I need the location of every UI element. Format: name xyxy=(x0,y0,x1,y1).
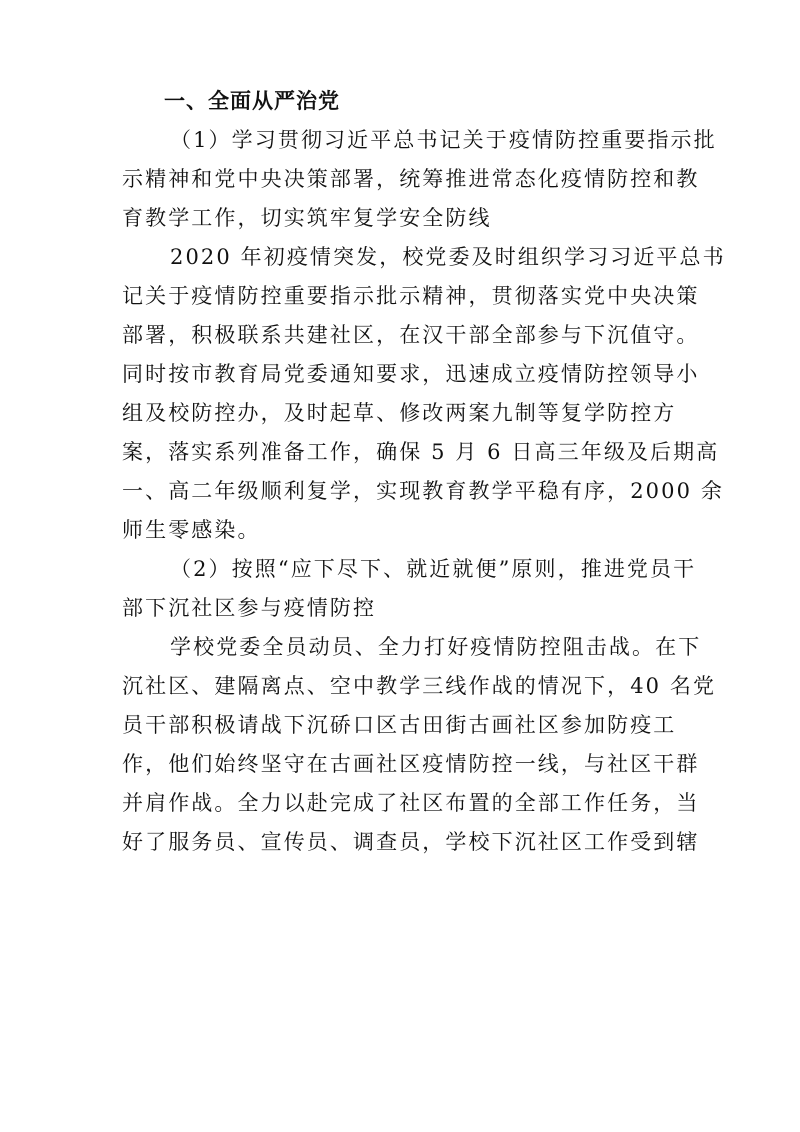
subsection-1: （1）学习贯彻习近平总书记关于疫情防控重要指示批 示精神和党中央决策部署，统筹推… xyxy=(122,121,682,550)
subsection-title-line: 育教学工作，切实筑牢复学安全防线 xyxy=(122,199,682,238)
paragraph-line: 案，落实系列准备工作，确保 5 月 6 日高三年级及后期高 xyxy=(122,433,682,472)
subsection-2: （2）按照“应下尽下、就近就便”原则，推进党员干 部下沉社区参与疫情防控 学校党… xyxy=(122,550,682,862)
paragraph-line: 2020 年初疫情突发，校党委及时组织学习习近平总书 xyxy=(122,238,682,277)
subsection-title-line: 示精神和党中央决策部署，统筹推进常态化疫情防控和教 xyxy=(122,160,682,199)
paragraph-line: 作，他们始终坚守在古画社区疫情防控一线，与社区干群 xyxy=(122,745,682,784)
subsection-title-line: 部下沉社区参与疫情防控 xyxy=(122,589,682,628)
paragraph-line: 一、高二年级顺利复学，实现教育教学平稳有序，2000 余 xyxy=(122,472,682,511)
paragraph-line: 好了服务员、宣传员、调查员，学校下沉社区工作受到辖 xyxy=(122,823,682,862)
subsection-title-line: （2）按照“应下尽下、就近就便”原则，推进党员干 xyxy=(122,550,682,589)
paragraph-line: 部署，积极联系共建社区，在汉干部全部参与下沉值守。 xyxy=(122,316,682,355)
paragraph-line: 记关于疫情防控重要指示批示精神，贯彻落实党中央决策 xyxy=(122,277,682,316)
paragraph-line: 学校党委全员动员、全力打好疫情防控阻击战。在下 xyxy=(122,628,682,667)
paragraph-line: 并肩作战。全力以赴完成了社区布置的全部工作任务，当 xyxy=(122,784,682,823)
paragraph-line: 员干部积极请战下沉硚口区古田街古画社区参加防疫工 xyxy=(122,706,682,745)
document-page: 一、全面从严治党 （1）学习贯彻习近平总书记关于疫情防控重要指示批 示精神和党中… xyxy=(122,82,682,862)
paragraph-line: 组及校防控办，及时起草、修改两案九制等复学防控方 xyxy=(122,394,682,433)
subsection-title-line: （1）学习贯彻习近平总书记关于疫情防控重要指示批 xyxy=(122,121,682,160)
paragraph-line: 沉社区、建隔离点、空中教学三线作战的情况下，40 名党 xyxy=(122,667,682,706)
paragraph-line: 同时按市教育局党委通知要求，迅速成立疫情防控领导小 xyxy=(122,355,682,394)
paragraph-line: 师生零感染。 xyxy=(122,511,682,550)
section-heading: 一、全面从严治党 xyxy=(122,82,682,121)
